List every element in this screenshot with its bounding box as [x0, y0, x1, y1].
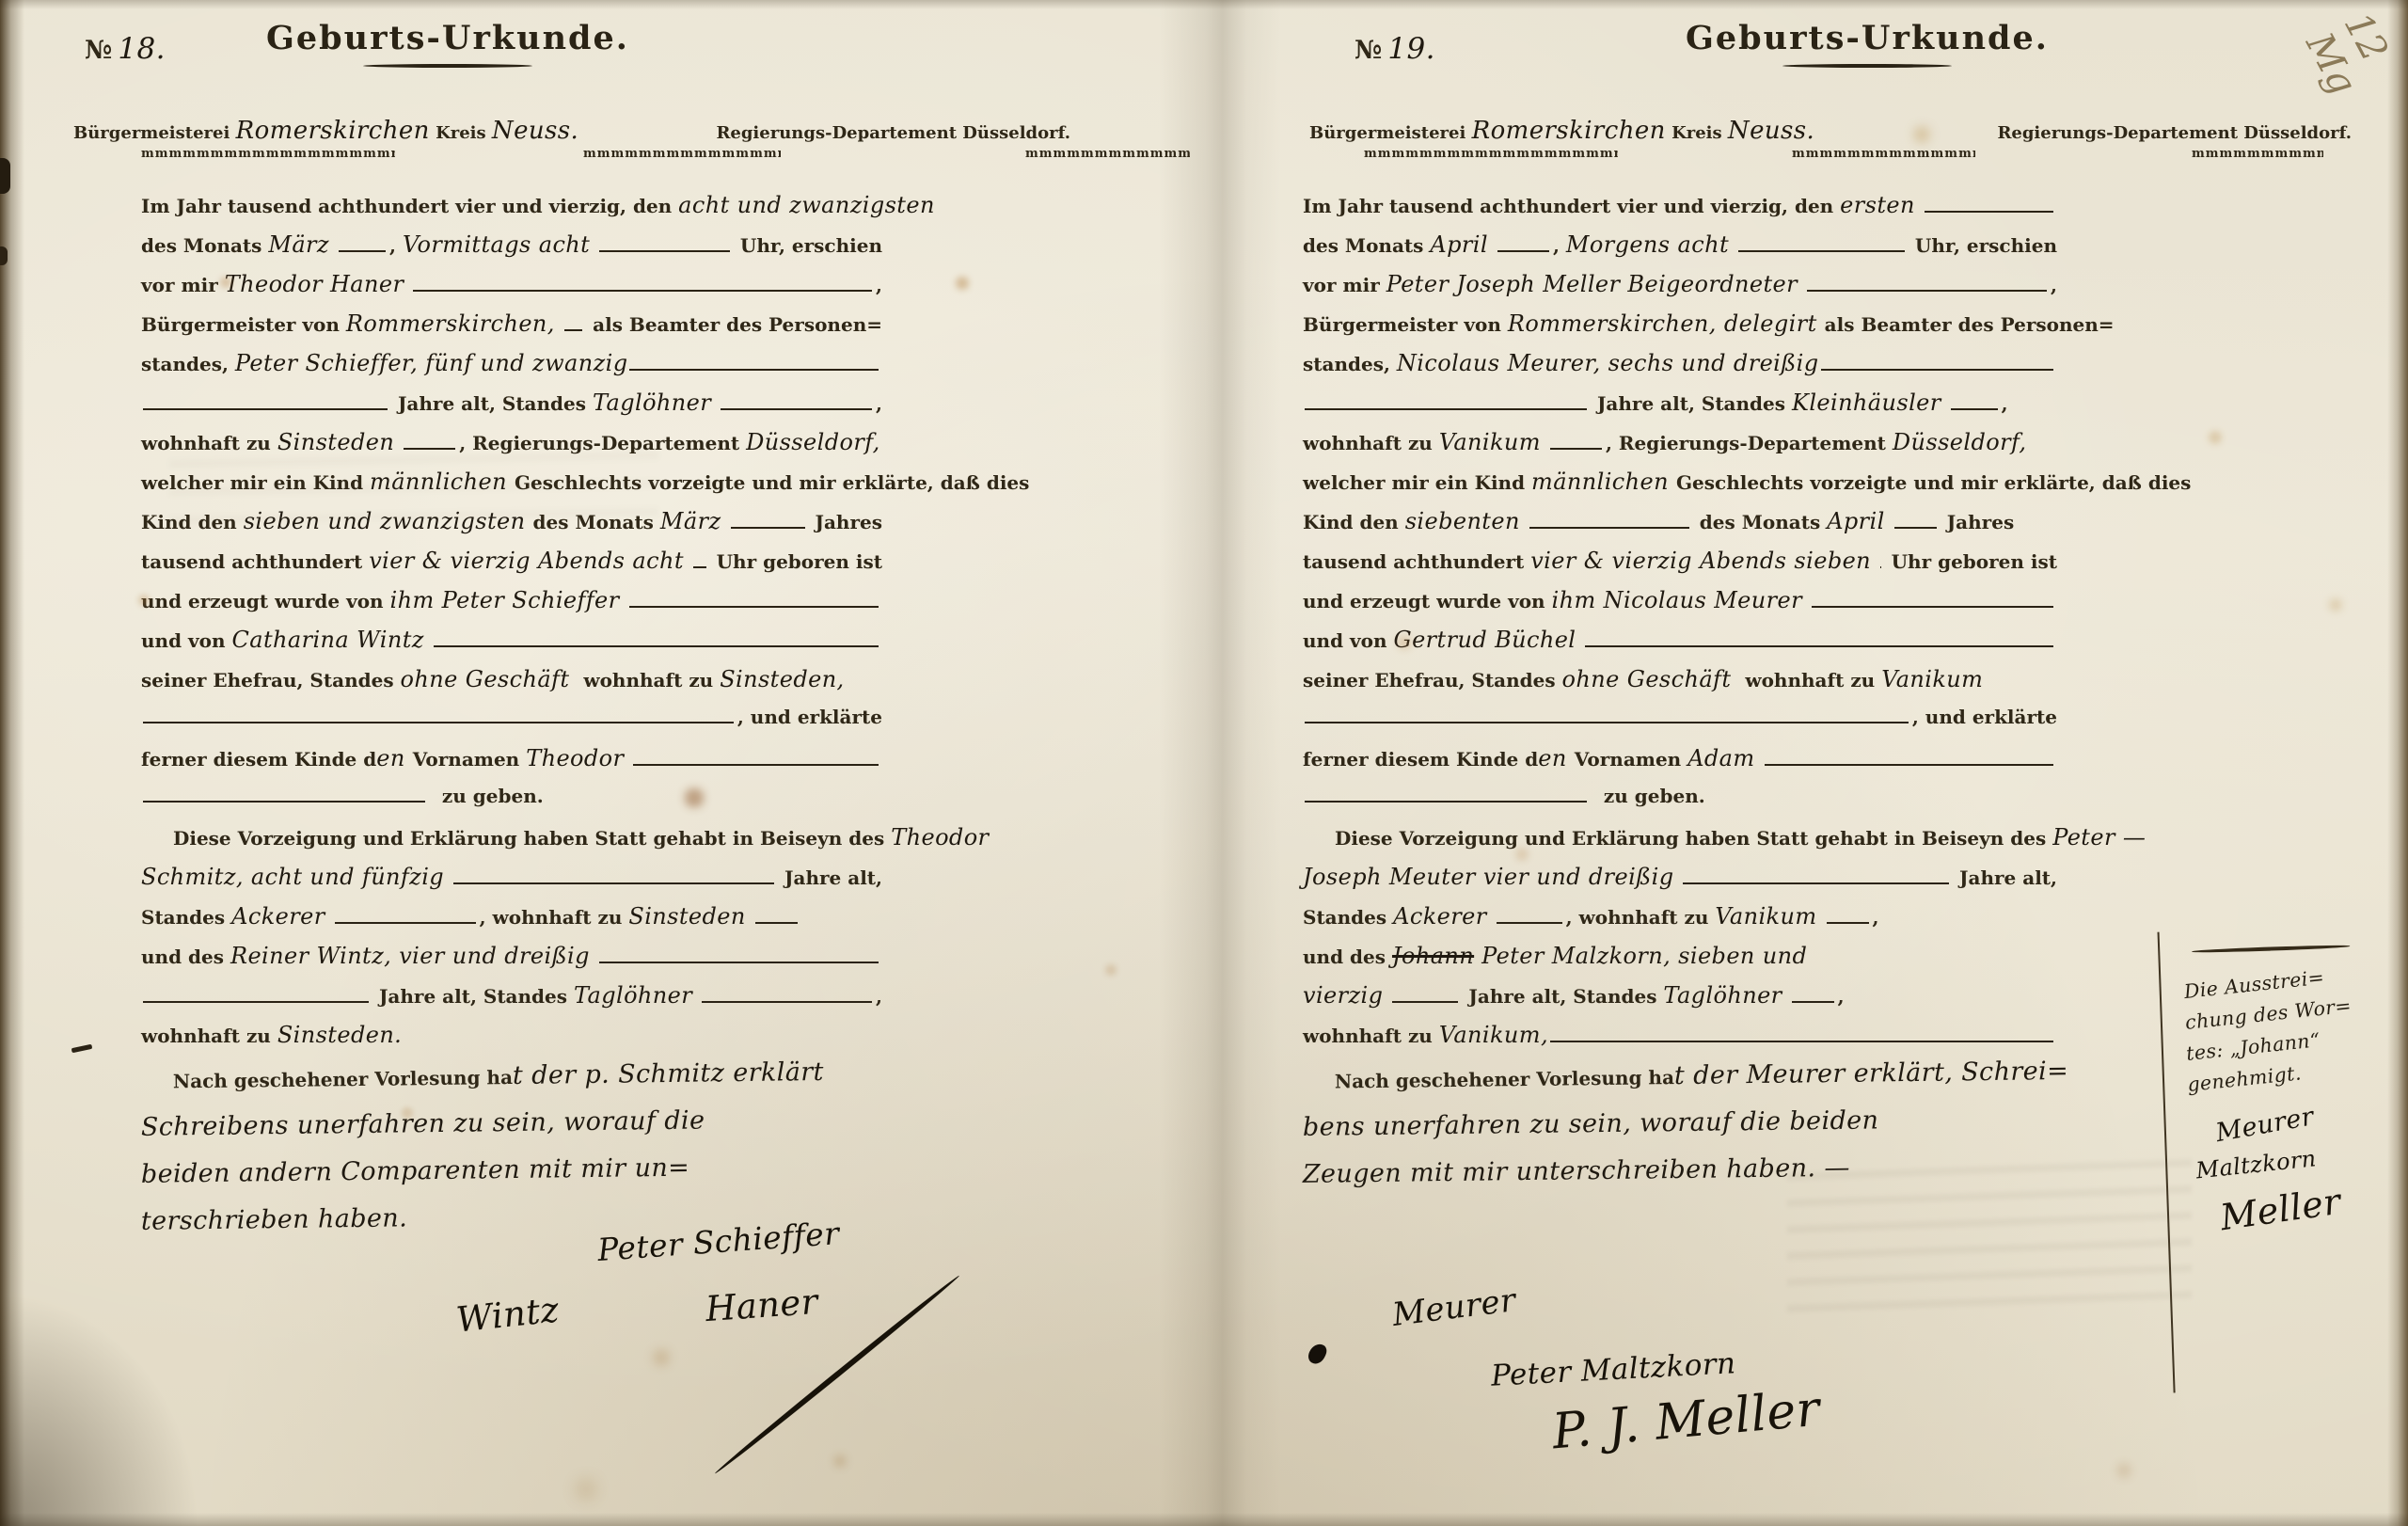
document-scan: №18. Geburts-Urkunde. Bürgermeisterei Ro… [0, 0, 2408, 1526]
handwritten-text: Taglöhner [1663, 982, 1789, 1009]
form-line: Im Jahr tausend achthundert vier und vie… [1303, 192, 2057, 231]
fill-in-rule [564, 326, 582, 331]
form-line: Bürgermeister von Rommerskirchen, als Be… [141, 310, 882, 350]
printed-text: und von [1303, 629, 1394, 652]
handwritten-text: Peter Schieffer, fünf und zwanzig [235, 350, 628, 376]
fill-in-rule [629, 602, 879, 608]
fill-in-rule [1821, 365, 2053, 371]
handwritten-text: ihm Nicolaus Meurer [1552, 587, 1810, 613]
handwritten-text: vier & vierzig Abends acht [369, 548, 691, 574]
form-line: und erzeugt wurde von ihm Nicolaus Meure… [1303, 587, 2057, 627]
handwritten-text: ihm Peter Schieffer [390, 587, 627, 613]
printed-text: des Monats [141, 234, 268, 257]
ink-blot [1306, 1341, 1329, 1366]
form-line: Jahre alt, Standes Kleinhäusler , [1303, 389, 2057, 429]
printed-text: Vornamen [413, 748, 526, 771]
handwritten-text: Schmitz, acht und fünfzig [141, 864, 451, 890]
printed-text: , [876, 985, 882, 1008]
printed-text: tausend achthundert [141, 550, 369, 573]
form-line: Schmitz, acht und fünfzig Jahre alt, [141, 864, 882, 903]
printed-text: wohnhaft zu [577, 669, 720, 691]
handwritten-text: Peter Malzkorn, sieben und [1474, 943, 1807, 969]
fill-in-rule [702, 997, 872, 1003]
fill-in-rule [693, 563, 706, 568]
printed-text: Jahre alt, Standes [1591, 392, 1792, 415]
handwritten-text: Taglöhner [574, 982, 700, 1009]
handwritten-text: Zeugen mit mir unterschreiben haben. — [1303, 1153, 1850, 1189]
number-sign: № [1354, 36, 1382, 65]
signature-wintz: Wintz [454, 1289, 561, 1340]
handwritten-text: siebenten [1405, 508, 1528, 534]
page-title: Geburts-Urkunde. [1651, 19, 2083, 57]
handwritten-text: Adam [1687, 745, 1762, 771]
fill-in-rule [1880, 563, 1881, 568]
handwritten-text: März [268, 231, 337, 258]
form-line: tausend achthundert vier & vierzig Abend… [141, 548, 882, 587]
book-edge-bottom [0, 1513, 2408, 1526]
signature-maltzkorn: Peter Maltzkorn [1490, 1346, 1736, 1393]
document-number-value: 19. [1387, 32, 1435, 66]
fill-in-rule [1894, 523, 1937, 529]
form-line: tausend achthundert vier & vierzig Abend… [1303, 548, 2057, 587]
printed-text: Uhr geboren ist [710, 550, 882, 573]
printed-text: Uhr, erschien [734, 234, 882, 257]
handwritten-text: Theodor [891, 824, 989, 850]
form-line: standes, Peter Schieffer, fünf und zwanz… [141, 350, 882, 389]
form-line: vierzig Jahre alt, Standes Taglöhner , [1303, 982, 2057, 1022]
binding-mark [0, 158, 10, 194]
printed-text: , und erklärte [737, 706, 882, 728]
printed-text: , [1873, 906, 1879, 929]
signature-meller: P. J. Meller [1550, 1381, 1822, 1461]
left-page-header: №18. Geburts-Urkunde. [56, 17, 1166, 107]
wavy-underlines: mmmmmmmmmmmmmmmmmmmmmmmmmmmmmmmmmmmmmmmm… [1251, 147, 2389, 167]
printed-text: , Regierungs-Departement [1606, 432, 1893, 454]
form-line: , und erklärte [141, 706, 882, 745]
printed-text: des Monats [533, 511, 660, 533]
handwritten-text: Catharina Wintz [232, 627, 432, 653]
form-line: Joseph Meuter vier und dreißig Jahre alt… [1303, 864, 2057, 903]
form-line: und erzeugt wurde von ihm Peter Schieffe… [141, 587, 882, 627]
printed-text: und von [141, 629, 232, 652]
kreis-value: Neuss. [492, 117, 578, 145]
handwritten-text: en [376, 745, 413, 771]
printed-text: Jahres [809, 511, 882, 533]
document-number: №18. [85, 32, 166, 66]
printed-text: , [1553, 234, 1566, 257]
printed-text: Kind den [1303, 511, 1405, 533]
handwritten-text: vier & vierzig Abends sieben [1530, 548, 1878, 574]
printed-text: , [2002, 392, 2008, 415]
form-line: vor mir Theodor Haner , [141, 271, 882, 310]
title-underline [1782, 64, 1952, 68]
handwritten-text: en [1538, 745, 1575, 771]
handwritten-text: Reiner Wintz, vier und dreißig [230, 943, 597, 969]
printed-text: Im Jahr tausend achthundert vier und vie… [141, 195, 678, 217]
printed-text: wohnhaft zu [141, 432, 277, 454]
form-line: Standes Ackerer , wohnhaft zu Sinsteden [141, 903, 882, 943]
form-line: Kind den siebenten des Monats April Jahr… [1303, 508, 2057, 548]
printed-text: des Monats [1693, 511, 1827, 533]
wavy-underline: mmmmmmmmmmmmmmmmmmmmmmmmmmmmmmmmmmmmmmmm [1025, 147, 1190, 161]
printed-text: Jahres [1941, 511, 2014, 533]
title-block: Geburts-Urkunde. [1651, 19, 2083, 68]
printed-text: , wohnhaft zu [480, 906, 629, 929]
fill-in-rule [1497, 246, 1549, 252]
handwritten-text: Vanikum [1881, 666, 1983, 692]
municipality-line: Bürgermeisterei Romerskirchen Kreis Neus… [1251, 117, 2352, 145]
handwritten-text: männlichen [370, 469, 515, 495]
printed-text: Bürgermeister von [1303, 313, 1508, 336]
printed-text: Jahre alt, [778, 866, 882, 889]
form-line: Diese Vorzeigung und Erklärung haben Sta… [141, 824, 882, 864]
handwritten-text: Johann [1392, 943, 1474, 969]
form-line: und von Gertrud Büchel [1303, 627, 2057, 666]
handwritten-text: Joseph Meuter vier und dreißig [1303, 864, 1681, 890]
printed-text: seiner Ehefrau, Standes [1303, 669, 1562, 691]
handwritten-text: Vormittags acht [403, 231, 597, 258]
printed-text: Jahre alt, [1953, 866, 2057, 889]
printed-text: standes, [141, 353, 235, 375]
form-line: und von Catharina Wintz [141, 627, 882, 666]
wavy-underlines: mmmmmmmmmmmmmmmmmmmmmmmmmmmmmmmmmmmmmmmm… [56, 147, 1166, 167]
printed-text: Standes [1303, 906, 1393, 929]
page-title: Geburts-Urkunde. [231, 19, 664, 57]
printed-text: als Beamter des Personen= [586, 313, 882, 336]
handwritten-text: t der p. Schmitz erklärt [513, 1057, 824, 1090]
fill-in-rule [599, 958, 879, 963]
title-block: Geburts-Urkunde. [231, 19, 664, 68]
printed-text: Bürgermeister von [141, 313, 346, 336]
signature-meurer: Meurer [1390, 1281, 1518, 1334]
printed-text: seiner Ehefrau, Standes [141, 669, 401, 691]
wavy-underline: mmmmmmmmmmmmmmmmmmmmmmmmmmmmmmmmmmmmmmmm [583, 147, 781, 161]
printed-text: Diese Vorzeigung und Erklärung haben Sta… [1335, 827, 2052, 850]
form-line: und des Johann Peter Malzkorn, sieben un… [1303, 943, 2057, 982]
handwritten-text: t der Meurer erklärt, Schrei= [1674, 1057, 2069, 1090]
printed-text: , und erklärte [1912, 706, 2057, 728]
form-line: des Monats März , Vormittags acht Uhr, e… [141, 231, 882, 271]
printed-text: wohnhaft zu [1303, 432, 1439, 454]
handwritten-text: Vanikum, [1439, 1022, 1548, 1048]
printed-text: Nach geschehener Vorlesung ha [173, 1066, 513, 1092]
printed-text: , [389, 234, 403, 257]
printed-text: , [876, 274, 882, 296]
handwritten-text: Taglöhner [593, 389, 719, 416]
form-line: vor mir Peter Joseph Meller Beigeordnete… [1303, 271, 2057, 310]
handwritten-text: Nicolaus Meurer, sechs und dreißig [1397, 350, 1819, 376]
binding-mark [0, 246, 8, 265]
form-body: Im Jahr tausend achthundert vier und vie… [1303, 192, 2057, 1202]
wavy-underline: mmmmmmmmmmmmmmmmmmmmmmmmmmmmmmmmmmmmmmmm [1792, 147, 1975, 161]
printed-text: Diese Vorzeigung und Erklärung haben Sta… [173, 827, 891, 850]
printed-text: , Regierungs-Departement [459, 432, 746, 454]
handwritten-text: Peter — [2052, 824, 2146, 850]
printed-text: zu geben. [429, 785, 544, 807]
fill-in-rule [1738, 246, 1905, 252]
form-line: wohnhaft zu Vanikum, [1303, 1022, 2057, 1061]
printed-text: , [876, 392, 882, 415]
form-line: des Monats April , Morgens acht Uhr, ers… [1303, 231, 2057, 271]
form-line: seiner Ehefrau, Standes ohne Geschäft wo… [1303, 666, 2057, 706]
printed-text: und des [141, 946, 230, 968]
form-line: Jahre alt, Standes Taglöhner , [141, 389, 882, 429]
printed-text: Jahre alt, Standes [372, 985, 574, 1008]
printed-text: standes, [1303, 353, 1397, 375]
book-edge-right [2387, 0, 2408, 1526]
fill-in-rule [731, 523, 805, 529]
printed-text: ferner diesem Kinde d [141, 748, 376, 771]
handwritten-text: acht und zwanzigsten [678, 192, 935, 218]
printed-text: welcher mir ein Kind [141, 471, 370, 494]
wavy-underline: mmmmmmmmmmmmmmmmmmmmmmmmmmmmmmmmmmmmmmmm [2192, 147, 2323, 161]
form-line: welcher mir ein Kind männlichen Geschlec… [1303, 469, 2057, 508]
fill-in-rule [1550, 444, 1602, 450]
handwritten-text: Düsseldorf, [1893, 429, 2027, 455]
form-line: ferner diesem Kinde den Vornamen Adam [1303, 745, 2057, 785]
printed-text: tausend achthundert [1303, 550, 1530, 573]
fill-in-rule [599, 246, 730, 252]
form-line: Standes Ackerer , wohnhaft zu Vanikum , [1303, 903, 2057, 943]
handwritten-text: Rommerskirchen, delegirt [1508, 310, 1825, 337]
handwritten-text: Sinsteden [628, 903, 752, 930]
form-line: zu geben. [1303, 785, 2057, 824]
fill-in-rule [339, 246, 386, 252]
form-line: Jahre alt, Standes Taglöhner , [141, 982, 882, 1022]
handwritten-text: April [1827, 508, 1893, 534]
handwritten-text: Peter Joseph Meller Beigeordneter [1386, 271, 1805, 297]
handwritten-text: April [1430, 231, 1496, 258]
fill-in-rule [335, 918, 476, 924]
department-label: Regierungs-Departement Düsseldorf. [716, 123, 1070, 143]
printed-text: vor mir [141, 274, 225, 296]
kreis-value: Neuss. [1728, 117, 1814, 145]
fill-in-rule [629, 365, 879, 371]
form-line: wohnhaft zu Sinsteden. [141, 1022, 882, 1061]
fill-in-rule [143, 405, 388, 410]
margin-signature-meller: Meller [2218, 1170, 2408, 1239]
handwritten-text: Rommerskirchen, [346, 310, 562, 337]
form-line: ferner diesem Kinde den Vornamen Theodor [141, 745, 882, 785]
fill-in-rule [413, 286, 872, 292]
handwritten-text: vierzig [1303, 982, 1390, 1009]
handwritten-text: Theodor [526, 745, 631, 771]
fill-in-rule [1827, 918, 1869, 924]
municipality-value: Romerskirchen [1472, 117, 1666, 145]
form-line: zu geben. [141, 785, 882, 824]
printed-text: Im Jahr tausend achthundert vier und vie… [1303, 195, 1840, 217]
kreis-label: Kreis [1671, 123, 1722, 143]
department-label: Regierungs-Departement Düsseldorf. [1997, 123, 2352, 143]
fill-in-rule [1497, 918, 1562, 924]
handwritten-text: ohne Geschäft [401, 666, 578, 692]
handwritten-text: Düsseldorf, [746, 429, 880, 455]
handwritten-text: Kleinhäusler [1792, 389, 1949, 416]
printed-text: Nach geschehener Vorlesung ha [1335, 1066, 1674, 1092]
fill-in-rule [404, 444, 455, 450]
handwritten-text: Schreibens unerfahren zu sein, worauf di… [141, 1105, 705, 1141]
fill-in-rule [1585, 642, 2053, 647]
signature-haner: Haner [705, 1281, 819, 1329]
printed-text: , [2051, 274, 2057, 296]
handwritten-text: Theodor Haner [225, 271, 412, 297]
wavy-underline: mmmmmmmmmmmmmmmmmmmmmmmmmmmmmmmmmmmmmmmm [1364, 147, 1618, 161]
handwritten-text: Vanikum [1439, 429, 1548, 455]
fill-in-rule [434, 642, 879, 647]
fill-in-rule [755, 918, 798, 924]
handwritten-text: bens unerfahren zu sein, worauf die beid… [1303, 1105, 1879, 1141]
fill-in-rule [1683, 879, 1949, 884]
fill-in-rule [1392, 997, 1458, 1003]
form-line: wohnhaft zu Vanikum , Regierungs-Departe… [1303, 429, 2057, 469]
kreis-label: Kreis [436, 123, 486, 143]
printed-text: wohnhaft zu [1738, 669, 1881, 691]
fill-in-rule [143, 997, 369, 1003]
title-underline [363, 64, 532, 68]
printed-text: , wohnhaft zu [1566, 906, 1716, 929]
handwritten-text: sieben und zwanzigsten [244, 508, 533, 534]
form-line: , und erklärte [1303, 706, 2057, 745]
left-page: №18. Geburts-Urkunde. Bürgermeisterei Ro… [56, 17, 1166, 1249]
handwritten-text: beiden andern Comparenten mit mir un= [141, 1153, 690, 1189]
fill-in-rule [1807, 286, 2047, 292]
form-line: standes, Nicolaus Meurer, sechs und drei… [1303, 350, 2057, 389]
fill-in-rule [1305, 405, 1587, 410]
printed-text: , [1838, 985, 1845, 1008]
document-number-value: 18. [118, 32, 166, 66]
printed-text: Kind den [141, 511, 244, 533]
wavy-underline: mmmmmmmmmmmmmmmmmmmmmmmmmmmmmmmmmmmmmmmm [141, 147, 395, 161]
margin-note: Die Ausstrei= chung des Wor= tes: „Johan… [2158, 924, 2408, 1393]
handwritten-text: März [660, 508, 729, 534]
fill-in-rule [143, 797, 425, 803]
printed-text: zu geben. [1591, 785, 1705, 807]
form-line: wohnhaft zu Sinsteden , Regierungs-Depar… [141, 429, 882, 469]
printed-text: und erzeugt wurde von [1303, 590, 1552, 612]
municipality-label: Bürgermeisterei [1309, 123, 1465, 143]
handwritten-text: männlichen [1531, 469, 1676, 495]
fill-in-rule [1305, 718, 1909, 723]
form-body: Im Jahr tausend achthundert vier und vie… [141, 192, 882, 1249]
book-edge-top [0, 0, 2408, 9]
printed-text: Geschlechts vorzeigte und mir erklärte, … [515, 471, 1029, 494]
fill-in-rule [721, 405, 872, 410]
form-line: Kind den sieben und zwanzigsten des Mona… [141, 508, 882, 548]
form-line: welcher mir ein Kind männlichen Geschlec… [141, 469, 882, 508]
municipality-value: Romerskirchen [236, 117, 430, 145]
printed-text: und des [1303, 946, 1392, 968]
printed-text: des Monats [1303, 234, 1430, 257]
form-line: Zeugen mit mir unterschreiben haben. — [1303, 1151, 2058, 1207]
corner-shadow [0, 1263, 226, 1526]
handwritten-text: Vanikum [1715, 903, 1824, 930]
form-line: Bürgermeister von Rommerskirchen, delegi… [1303, 310, 2057, 350]
printed-text: Geschlechts vorzeigte und mir erklärte, … [1676, 471, 2191, 494]
handwritten-text: Ackerer [231, 903, 333, 930]
fill-in-rule [1792, 997, 1834, 1003]
right-page-header: №19. Geburts-Urkunde. [1251, 17, 2389, 107]
fill-in-rule [1812, 602, 2053, 608]
handwritten-text: terschrieben haben. [141, 1203, 408, 1235]
municipality-label: Bürgermeisterei [73, 123, 230, 143]
form-line: Diese Vorzeigung und Erklärung haben Sta… [1303, 824, 2057, 864]
form-line: seiner Ehefrau, Standes ohne Geschäft wo… [141, 666, 882, 706]
form-line: und des Reiner Wintz, vier und dreißig [141, 943, 882, 982]
fill-in-rule [1529, 523, 1689, 529]
printed-text: Vornamen [1575, 748, 1687, 771]
printed-text: ferner diesem Kinde d [1303, 748, 1538, 771]
number-sign: № [85, 36, 112, 65]
fill-in-rule [1550, 1037, 2053, 1042]
form-line: Im Jahr tausend achthundert vier und vie… [141, 192, 882, 231]
handwritten-text: Sinsteden. [277, 1022, 402, 1048]
printed-text: Standes [141, 906, 231, 929]
fill-in-rule [1765, 760, 2053, 766]
printed-text: vor mir [1303, 274, 1386, 296]
handwritten-text: Morgens acht [1566, 231, 1736, 258]
printed-text: wohnhaft zu [141, 1025, 277, 1047]
handwritten-text: ersten [1840, 192, 1923, 218]
handwritten-text: Ackerer [1393, 903, 1495, 930]
printed-text: welcher mir ein Kind [1303, 471, 1531, 494]
handwritten-text: Sinsteden, [720, 666, 844, 692]
printed-text: Jahre alt, Standes [391, 392, 593, 415]
fill-in-rule [143, 718, 734, 723]
handwritten-text: ohne Geschäft [1562, 666, 1739, 692]
municipality-line: Bürgermeisterei Romerskirchen Kreis Neus… [56, 117, 1070, 145]
margin-note-rule [2192, 945, 2350, 953]
printed-text: Uhr, erschien [1909, 234, 2057, 257]
fill-in-rule [453, 879, 774, 884]
handwritten-text: Sinsteden [277, 429, 402, 455]
printed-text: Uhr geboren ist [1885, 550, 2057, 573]
document-number: №19. [1354, 32, 1435, 66]
printed-text: als Beamter des Personen= [1825, 313, 2115, 336]
printed-text: Jahre alt, Standes [1462, 985, 1663, 1008]
handwritten-text: Gertrud Büchel [1394, 627, 1584, 653]
fill-in-rule [1305, 797, 1587, 803]
printed-text: und erzeugt wurde von [141, 590, 390, 612]
fill-in-rule [1951, 405, 1998, 410]
fill-in-rule [633, 760, 879, 766]
fill-in-rule [1925, 207, 2053, 213]
printed-text: wohnhaft zu [1303, 1025, 1439, 1047]
